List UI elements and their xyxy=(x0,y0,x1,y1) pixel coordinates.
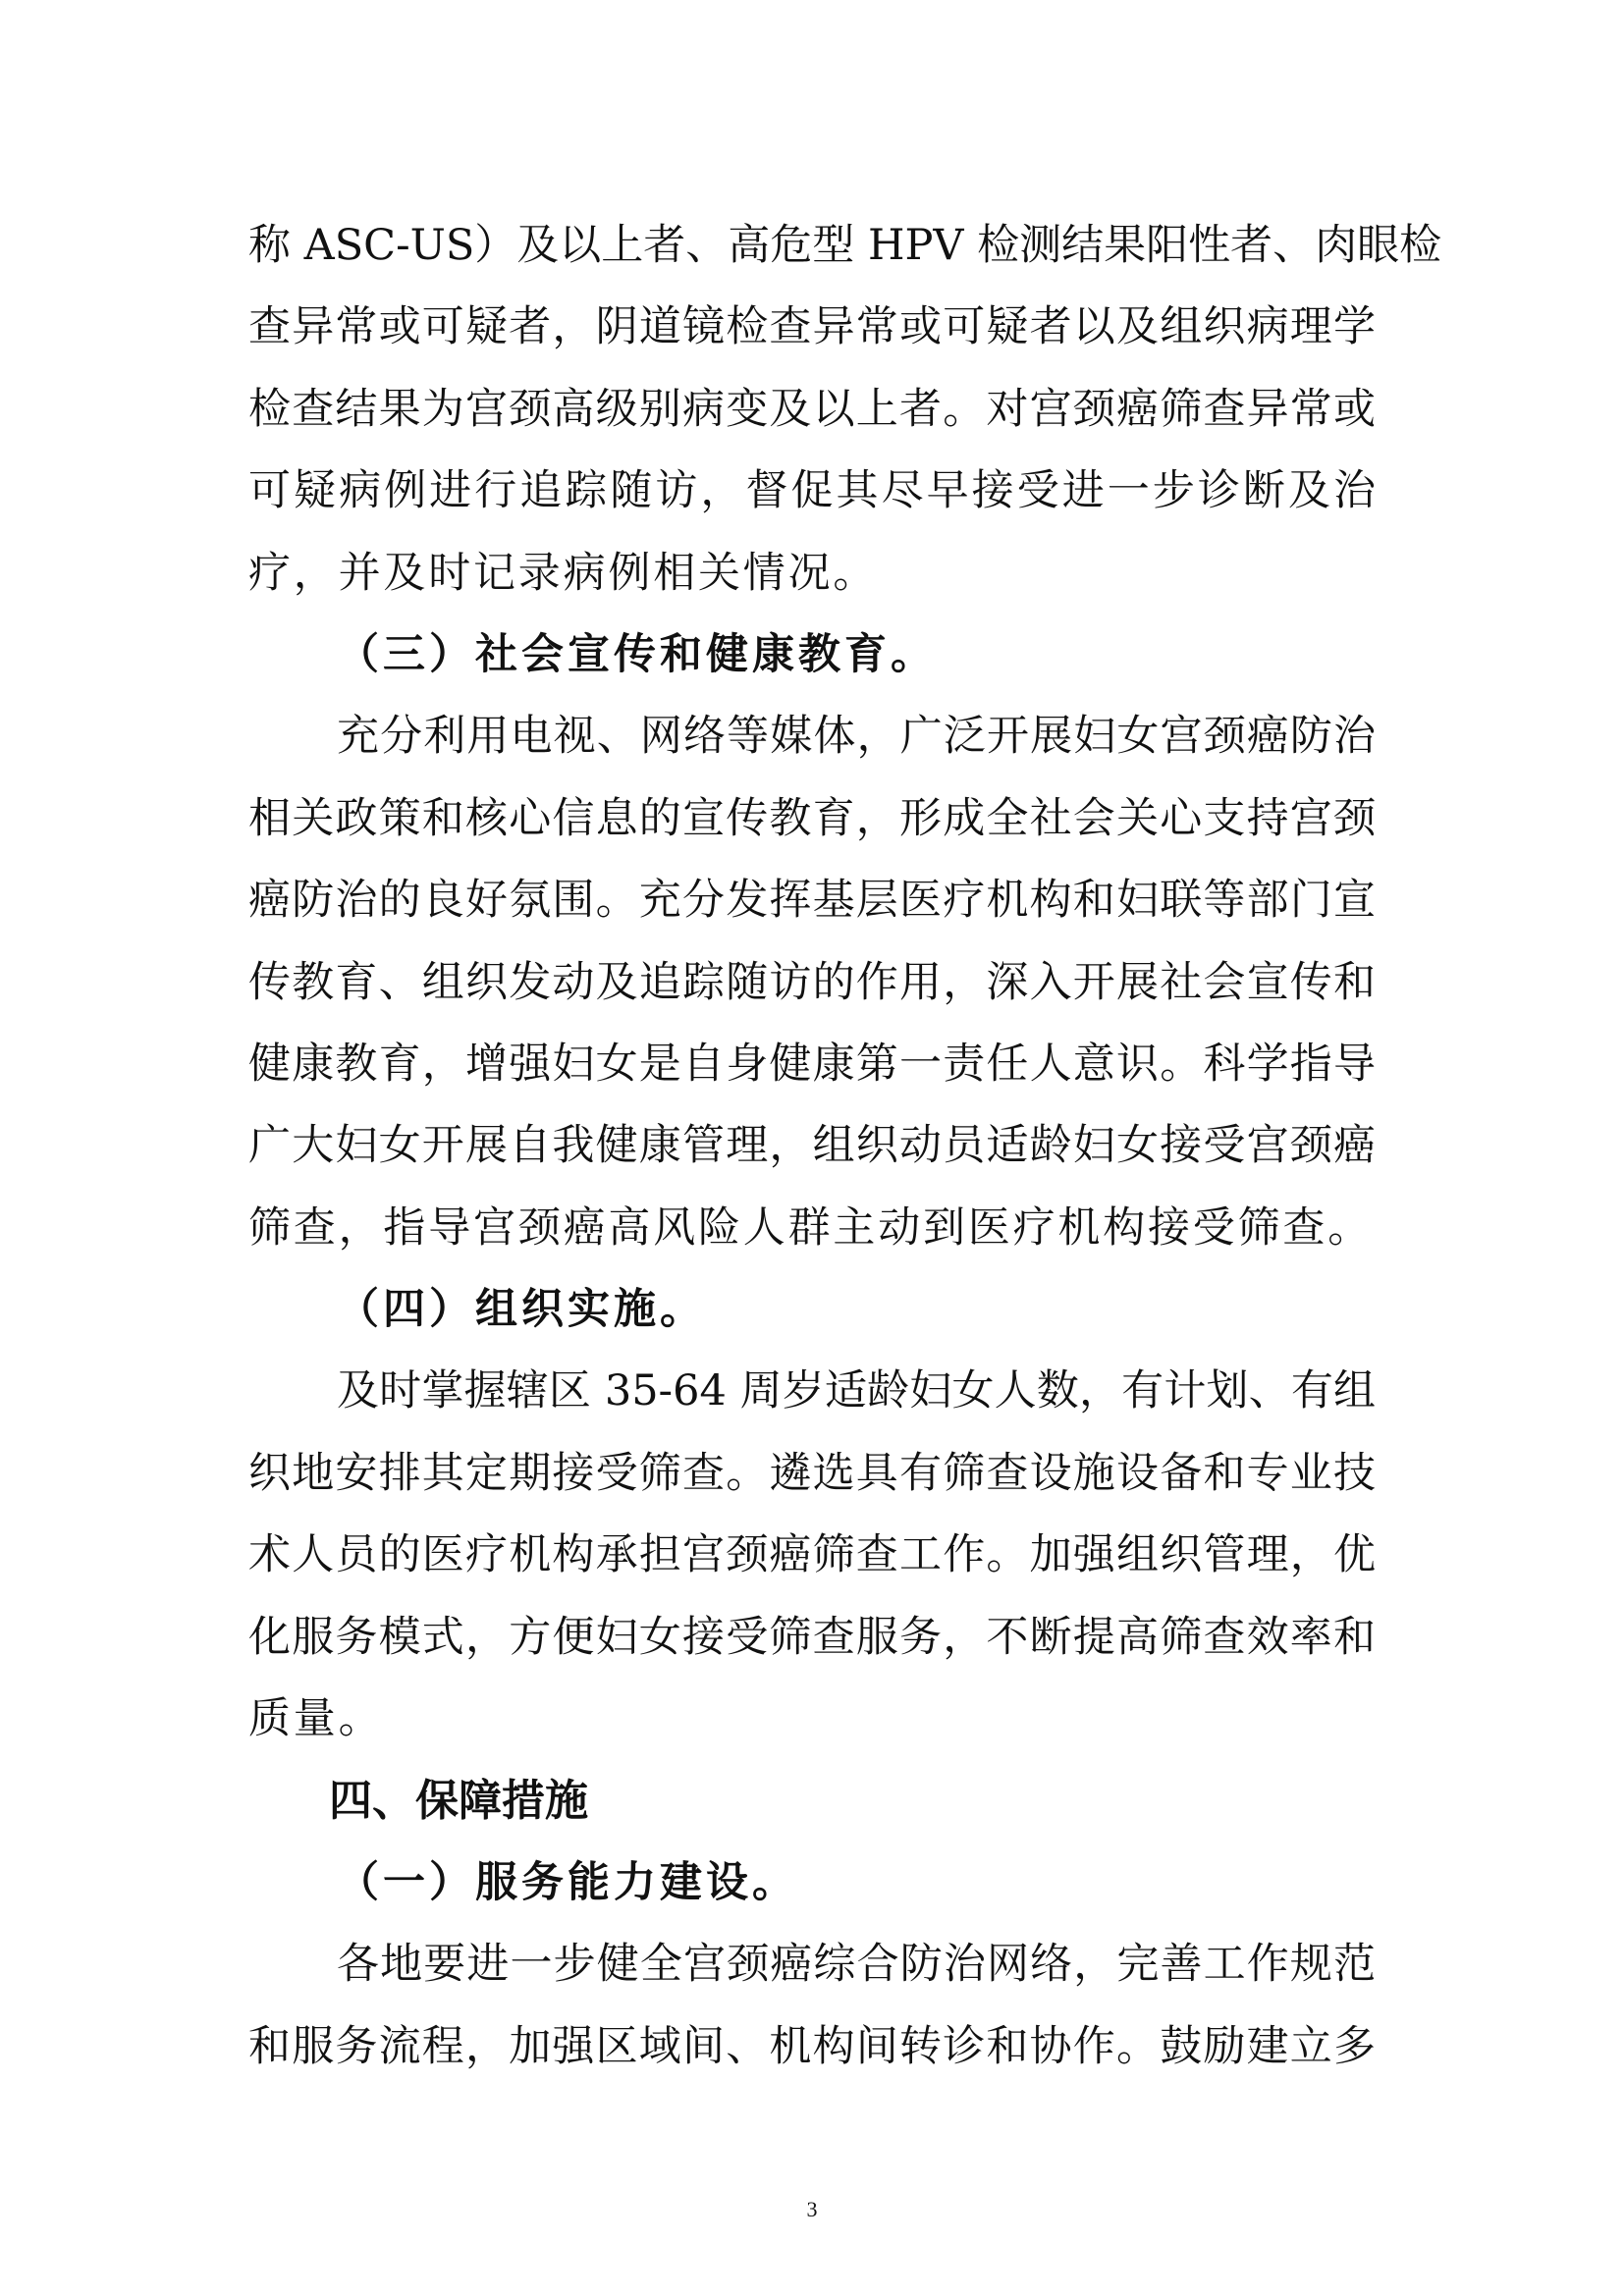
body-line: 癌防治的良好氛围。充分发挥基层医疗机构和妇联等部门宣 xyxy=(248,860,1376,941)
body-line: 术人员的医疗机构承担宫颈癌筛查工作。加强组织管理，优 xyxy=(248,1515,1376,1596)
body-line: 和服务流程，加强区域间、机构间转诊和协作。鼓励建立多 xyxy=(248,2006,1376,2088)
body-line-paragraph-start: 各地要进一步健全宫颈癌综合防治网络，完善工作规范 xyxy=(248,1924,1376,2005)
body-line: 称 ASC-US）及以上者、高危型 HPV 检测结果阳性者、肉眼检 xyxy=(248,205,1376,287)
subsection-heading-capacity-building: （一）服务能力建设。 xyxy=(248,1842,1376,1924)
body-line: 广大妇女开展自我健康管理，组织动员适龄妇女接受宫颈癌 xyxy=(248,1105,1376,1187)
subsection-heading-implementation: （四）组织实施。 xyxy=(248,1269,1376,1351)
body-line-paragraph-start: 及时掌握辖区 35-64 周岁适龄妇女人数，有计划、有组 xyxy=(248,1351,1376,1432)
document-page: 称 ASC-US）及以上者、高危型 HPV 检测结果阳性者、肉眼检 查异常或可疑… xyxy=(0,0,1624,2296)
body-line-paragraph-start: 充分利用电视、网络等媒体，广泛开展妇女宫颈癌防治 xyxy=(248,696,1376,777)
subsection-heading-publicity: （三）社会宣传和健康教育。 xyxy=(248,614,1376,696)
page-number: 3 xyxy=(800,2195,824,2224)
body-line: 化服务模式，方便妇女接受筛查服务，不断提高筛查效率和 xyxy=(248,1597,1376,1679)
document-body: 称 ASC-US）及以上者、高危型 HPV 检测结果阳性者、肉眼检 查异常或可疑… xyxy=(248,205,1376,2088)
body-line: 可疑病例进行追踪随访，督促其尽早接受进一步诊断及治 xyxy=(248,451,1376,532)
body-line: 检查结果为宫颈高级别病变及以上者。对宫颈癌筛查异常或 xyxy=(248,369,1376,451)
body-line-paragraph-end: 质量。 xyxy=(248,1679,1376,1760)
body-line: 传教育、组织发动及追踪随访的作用，深入开展社会宣传和 xyxy=(248,942,1376,1024)
section-heading-safeguards: 四、保障措施 xyxy=(248,1760,1376,1842)
body-line: 织地安排其定期接受筛查。遴选具有筛查设施设备和专业技 xyxy=(248,1433,1376,1515)
body-line: 相关政策和核心信息的宣传教育，形成全社会关心支持宫颈 xyxy=(248,778,1376,860)
body-line: 健康教育，增强妇女是自身健康第一责任人意识。科学指导 xyxy=(248,1024,1376,1105)
body-line-paragraph-end: 筛查，指导宫颈癌高风险人群主动到医疗机构接受筛查。 xyxy=(248,1188,1376,1269)
body-line-paragraph-end: 疗，并及时记录病例相关情况。 xyxy=(248,533,1376,614)
body-line: 查异常或可疑者，阴道镜检查异常或可疑者以及组织病理学 xyxy=(248,287,1376,368)
